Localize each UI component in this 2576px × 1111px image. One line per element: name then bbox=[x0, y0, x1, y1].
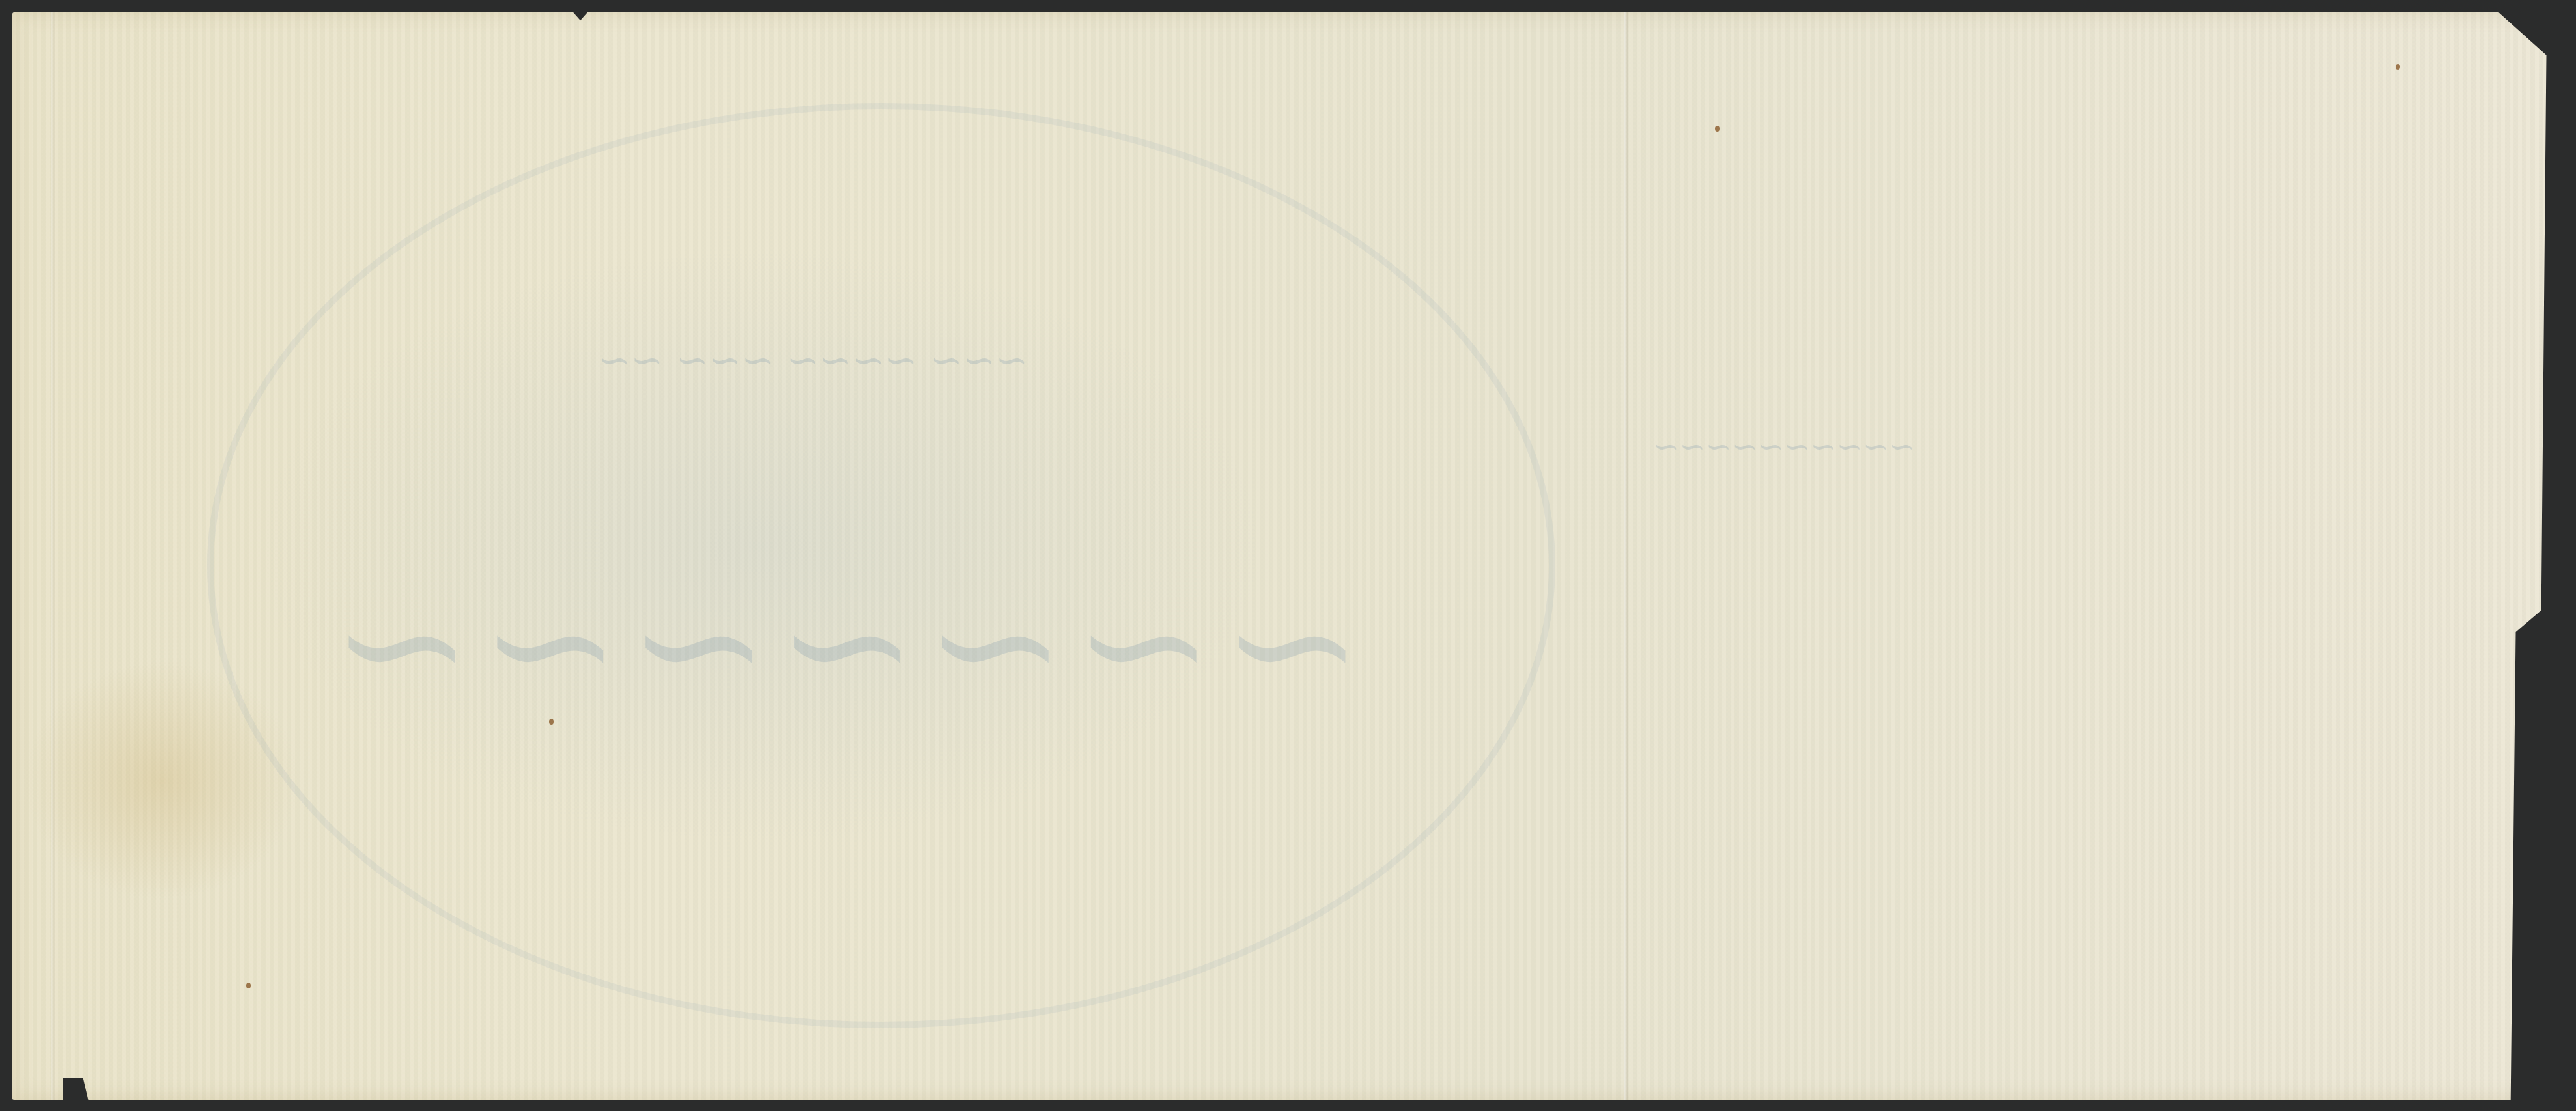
edge-crease bbox=[51, 12, 55, 1100]
center-fold bbox=[1624, 12, 1628, 1100]
foxing-spot bbox=[2396, 64, 2400, 70]
show-through-vignette-oval bbox=[207, 103, 1555, 1028]
foxing-spot bbox=[549, 719, 554, 725]
foxing-spot bbox=[246, 983, 251, 988]
paper-sheet: ~~~ ~~~~ ~~~ ~~ ~~~~~~~ ~~~~~~~~~~ bbox=[12, 12, 2562, 1100]
foxing-spot bbox=[1715, 126, 1720, 132]
show-through-text-right: ~~~~~~~~~~ bbox=[1653, 429, 1915, 465]
